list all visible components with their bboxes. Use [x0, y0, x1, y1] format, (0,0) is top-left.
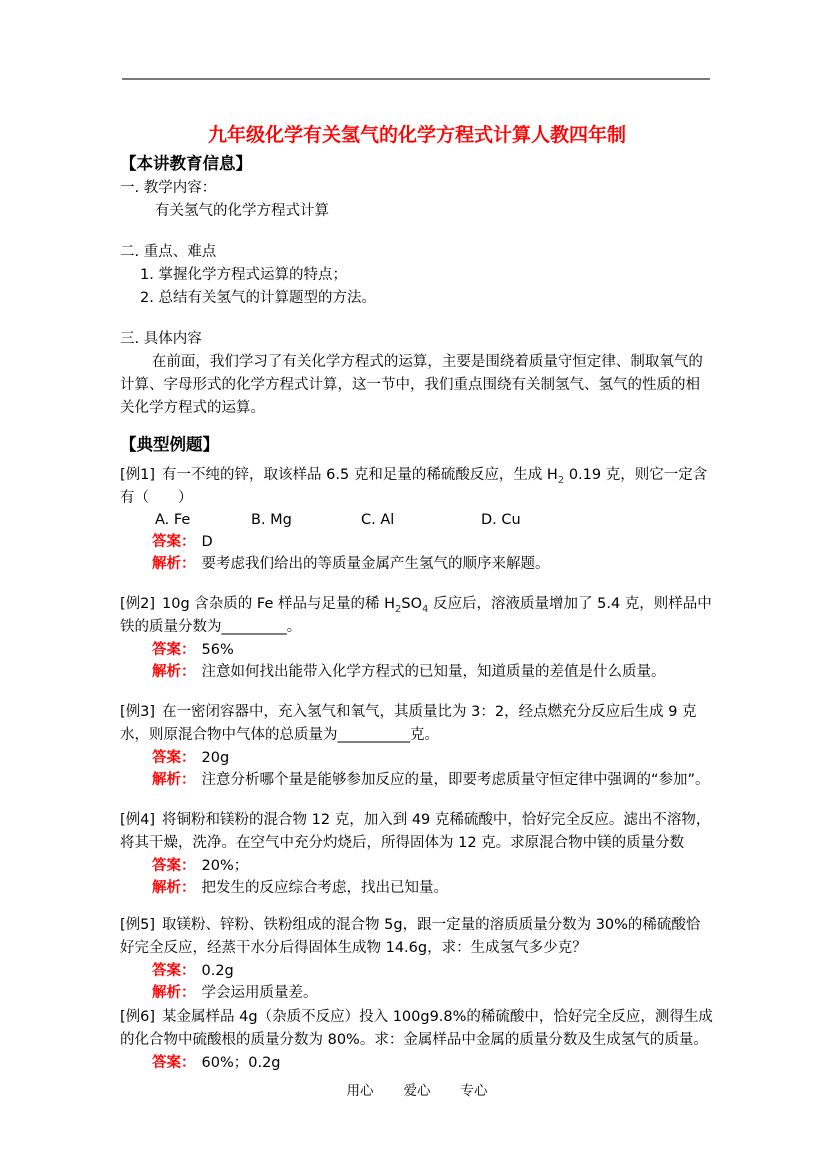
answer-label: 答案： — [152, 534, 196, 550]
teaching-content-heading: 一. 教学内容： — [120, 177, 714, 200]
document-content: 九年级化学有关氢气的化学方程式计算人教四年制 【本讲教育信息】 一. 教学内容：… — [120, 122, 714, 1074]
analysis-label: 解析： — [152, 985, 196, 1001]
footer-word-1: 用心 — [347, 1083, 374, 1099]
example-4-analysis: 把发生的反应综合考虑，找出已知量。 — [202, 880, 449, 896]
example-4-question: [例4]将铜粉和镁粉的混合物 12 克，加入到 49 克稀硫酸中，恰好完全反应。… — [120, 809, 714, 855]
example-2-question: [例2]10g 含杂质的 Fe 样品与足量的稀 H2SO4 反应后，溶液质量增加… — [120, 593, 714, 639]
option-c: C. Al — [361, 510, 481, 531]
option-a: A. Fe — [155, 510, 251, 531]
example-5-label: [例5] — [120, 917, 155, 933]
detail-content-paragraph: 在前面，我们学习了有关化学方程式的运算，主要是围绕着质量守恒定律、制取氧气的计算… — [120, 351, 714, 420]
answer-label: 答案： — [152, 750, 196, 766]
document-page: 九年级化学有关氢气的化学方程式计算人教四年制 【本讲教育信息】 一. 教学内容：… — [0, 0, 827, 1170]
example-5-question: [例5]取镁粉、锌粉、铁粉组成的混合物 5g，跟一定量的溶质质量分数为 30%的… — [120, 914, 714, 960]
example-5-analysis: 学会运用质量差。 — [202, 985, 318, 1001]
example-1-answer: D — [202, 534, 213, 550]
example-4-question-text: 将铜粉和镁粉的混合物 12 克，加入到 49 克稀硫酸中，恰好完全反应。滤出不溶… — [120, 812, 710, 851]
example-6-question-text: 某金属样品 4g（杂质不反应）投入 100g9.8%的稀硫酸中，恰好完全反应，测… — [120, 1009, 713, 1048]
example-2-answer: 56% — [202, 642, 234, 658]
document-title: 九年级化学有关氢气的化学方程式计算人教四年制 — [120, 122, 714, 148]
example-2-answer-line: 答案：56% — [120, 639, 714, 661]
example-2-question-text: 10g 含杂质的 Fe 样品与足量的稀 H — [162, 596, 395, 612]
example-1-label: [例1] — [120, 467, 155, 483]
option-d: D. Cu — [481, 510, 521, 531]
example-2-analysis-line: 解析：注意如何找出能带入化学方程式的已知量，知道质量的差值是什么质量。 — [120, 661, 714, 683]
footer-word-3: 专心 — [461, 1083, 488, 1099]
example-2-label: [例2] — [120, 596, 155, 612]
example-3-label: [例3] — [120, 704, 155, 720]
detail-content-heading: 三. 具体内容 — [120, 328, 714, 351]
example-6-answer: 60%；0.2g — [202, 1055, 281, 1071]
example-6-question: [例6]某金属样品 4g（杂质不反应）投入 100g9.8%的稀硫酸中，恰好完全… — [120, 1006, 714, 1052]
example-6-answer-line: 答案：60%；0.2g — [120, 1052, 714, 1074]
info-section-header: 【本讲教育信息】 — [120, 151, 714, 177]
analysis-label: 解析： — [152, 772, 196, 788]
example-1-analysis-line: 解析：要考虑我们给出的等质量金属产生氢气的顺序来解题。 — [120, 553, 714, 575]
example-2-analysis: 注意如何找出能带入化学方程式的已知量，知道质量的差值是什么质量。 — [202, 664, 666, 680]
example-4-analysis-line: 解析：把发生的反应综合考虑，找出已知量。 — [120, 877, 714, 899]
example-3-analysis-line: 解析：注意分析哪个量是能够参加反应的量，即要考虑质量守恒定律中强调的“参加”。 — [120, 769, 714, 791]
example-1: [例1]有一不纯的锌，取该样品 6.5 克和足量的稀硫酸反应，生成 H2 0.1… — [120, 464, 714, 575]
example-3-question: [例3]在一密闭容器中，充入氢气和氧气，其质量比为 3：2，经点燃充分反应后生成… — [120, 701, 714, 747]
examples-section-header: 【典型例题】 — [120, 432, 714, 458]
example-3-question-text: 在一密闭容器中，充入氢气和氧气，其质量比为 3：2，经点燃充分反应后生成 9 克… — [120, 704, 697, 743]
example-3-answer: 20g — [202, 750, 230, 766]
answer-label: 答案： — [152, 1055, 196, 1071]
example-4-label: [例4] — [120, 812, 155, 828]
teaching-content-body: 有关氢气的化学方程式计算 — [120, 200, 714, 223]
header-rule — [122, 78, 710, 80]
example-3: [例3]在一密闭容器中，充入氢气和氧气，其质量比为 3：2，经点燃充分反应后生成… — [120, 701, 714, 791]
example-5-answer-line: 答案：0.2g — [120, 960, 714, 982]
example-1-analysis: 要考虑我们给出的等质量金属产生氢气的顺序来解题。 — [202, 556, 550, 572]
key-points-heading: 二. 重点、难点 — [120, 241, 714, 264]
page-footer: 用心爱心专心 — [120, 1082, 714, 1100]
analysis-label: 解析： — [152, 880, 196, 896]
example-2-question-text: SO — [401, 596, 422, 612]
example-5-analysis-line: 解析：学会运用质量差。 — [120, 982, 714, 1004]
example-1-answer-line: 答案：D — [120, 531, 714, 553]
example-1-question: [例1]有一不纯的锌，取该样品 6.5 克和足量的稀硫酸反应，生成 H2 0.1… — [120, 464, 714, 510]
footer-word-2: 爱心 — [404, 1083, 431, 1099]
key-point-item-2: 2. 总结有关氢气的计算题型的方法。 — [120, 287, 714, 310]
key-point-item-1: 1. 掌握化学方程式运算的特点； — [120, 264, 714, 287]
example-1-options: A. FeB. MgC. AlD. Cu — [120, 510, 714, 531]
analysis-label: 解析： — [152, 556, 196, 572]
example-6-label: [例6] — [120, 1009, 155, 1025]
example-5-answer: 0.2g — [202, 963, 234, 979]
example-6: [例6]某金属样品 4g（杂质不反应）投入 100g9.8%的稀硫酸中，恰好完全… — [120, 1006, 714, 1074]
example-3-analysis: 注意分析哪个量是能够参加反应的量，即要考虑质量守恒定律中强调的“参加”。 — [202, 772, 710, 788]
example-4-answer-line: 答案：20%； — [120, 855, 714, 877]
answer-label: 答案： — [152, 642, 196, 658]
analysis-label: 解析： — [152, 664, 196, 680]
example-3-answer-line: 答案：20g — [120, 747, 714, 769]
example-5: [例5]取镁粉、锌粉、铁粉组成的混合物 5g，跟一定量的溶质质量分数为 30%的… — [120, 914, 714, 1004]
example-4-answer: 20%； — [202, 858, 249, 874]
option-b: B. Mg — [251, 510, 361, 531]
example-1-question-text: 有一不纯的锌，取该样品 6.5 克和足量的稀硫酸反应，生成 H — [162, 467, 558, 483]
example-5-question-text: 取镁粉、锌粉、铁粉组成的混合物 5g，跟一定量的溶质质量分数为 30%的稀硫酸恰… — [120, 917, 700, 956]
example-2: [例2]10g 含杂质的 Fe 样品与足量的稀 H2SO4 反应后，溶液质量增加… — [120, 593, 714, 683]
answer-label: 答案： — [152, 963, 196, 979]
answer-label: 答案： — [152, 858, 196, 874]
example-4: [例4]将铜粉和镁粉的混合物 12 克，加入到 49 克稀硫酸中，恰好完全反应。… — [120, 809, 714, 899]
